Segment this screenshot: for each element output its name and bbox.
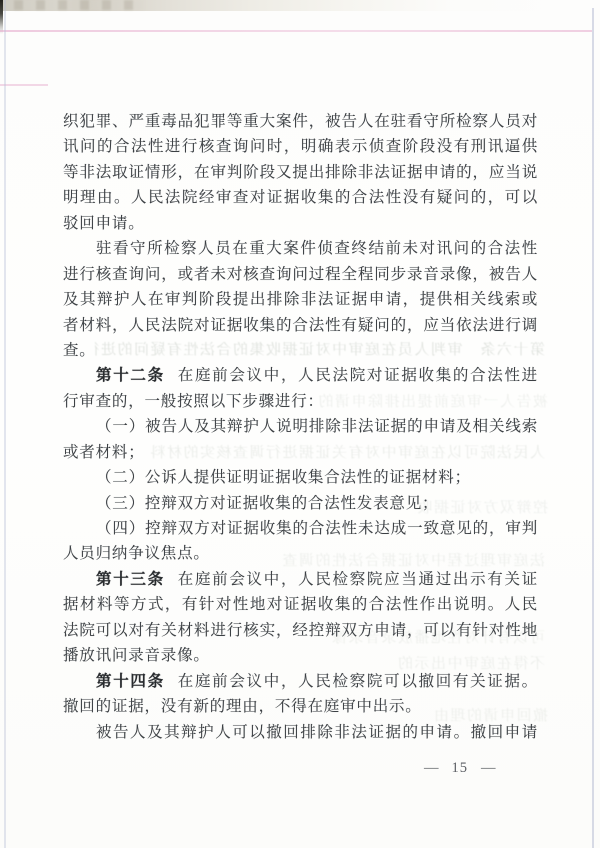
scan-corner-sliver [0, 0, 3, 34]
text-line: 进行核查询问，或者未对核查询问过程全程同步录音录像，被告人 [63, 262, 538, 287]
page-number-dash-left: — [424, 760, 439, 777]
text-line: 据材料等方式，有针对性地对证据收集的合法性作出说明。人民 [63, 592, 538, 617]
scan-right-edge-line [592, 8, 594, 848]
text-line-content: 在庭前会议中，人民检察院可以撤回有关证据。 [178, 673, 538, 690]
text-line: 播放讯问录音录像。 [63, 643, 538, 668]
text-line: 讯问的合法性进行核查询问时，明确表示侦查阶段没有刑讯逼供 [63, 134, 538, 159]
scanned-page: 第十六条 审判人员在庭审中对证据收集的合法性有疑问的进行调查被告人一审庭前提出排… [0, 0, 600, 848]
text-line-article-heading: 第十三条在庭前会议中，人民检察院应当通过出示有关证 [63, 567, 538, 592]
text-line-content: 驻看守所检察人员在重大案件侦查终结前未对讯问的合法性 [96, 240, 538, 257]
text-line-content: 或者材料； [63, 444, 145, 461]
text-line-content: （二）公诉人提供证明证据收集合法性的证据材料； [96, 469, 471, 486]
text-line-content: 播放讯问录音录像。 [63, 647, 210, 664]
text-line-content: 进行核查询问，或者未对核查询问过程全程同步录音录像，被告人 [63, 266, 538, 283]
text-line: 织犯罪、严重毒品犯罪等重大案件，被告人在驻看守所检察人员对 [63, 109, 538, 134]
text-line-content: 据材料等方式，有针对性地对证据收集的合法性作出说明。人民 [63, 596, 538, 613]
text-line: 被告人及其辩护人可以撤回排除非法证据的申请。撤回申请 [63, 720, 538, 745]
scan-left-edge-line [4, 0, 6, 848]
text-line-content: （一）被告人及其辩护人说明排除非法证据的申请及相关线索 [96, 418, 538, 435]
article-heading: 第十四条 [96, 673, 165, 690]
page-number-value: 15 [452, 760, 469, 777]
text-line-content: 查。 [63, 342, 96, 359]
text-line: （四）控辩双方对证据收集的合法性未达成一致意见的，审判 [63, 516, 538, 541]
text-line-content: 织犯罪、严重毒品犯罪等重大案件，被告人在驻看守所检察人员对 [63, 113, 538, 130]
text-line-content: 讯问的合法性进行核查询问时，明确表示侦查阶段没有刑讯逼供 [63, 138, 538, 155]
text-line: 人员归纳争议焦点。 [63, 541, 538, 566]
text-line-content: 撤回的证据，没有新的理由，不得在庭审中出示。 [63, 698, 422, 715]
text-line: 驳回申请。 [63, 211, 538, 236]
text-line-content: 行审查的，一般按照以下步骤进行： [63, 393, 324, 410]
text-line-content: 被告人及其辩护人可以撤回排除非法证据的申请。撤回申请 [96, 724, 538, 741]
scan-pink-line-top [0, 30, 592, 32]
text-line-content: 人员归纳争议焦点。 [63, 545, 210, 562]
page-number: — 15 — [424, 760, 496, 777]
text-line: （一）被告人及其辩护人说明排除非法证据的申请及相关线索 [63, 414, 538, 439]
text-line: （三）控辩双方对证据收集的合法性发表意见； [63, 491, 538, 516]
text-line: 行审查的，一般按照以下步骤进行： [63, 389, 538, 414]
text-line-content: 明理由。人民法院经审查对证据收集的合法性没有疑问的，可以 [63, 189, 538, 206]
text-line: 撤回的证据，没有新的理由，不得在庭审中出示。 [63, 694, 538, 719]
text-line-content: 驳回申请。 [63, 215, 145, 232]
text-line-article-heading: 第十四条在庭前会议中，人民检察院可以撤回有关证据。 [63, 669, 538, 694]
text-line-content: （四）控辩双方对证据收集的合法性未达成一致意见的，审判 [96, 520, 538, 537]
text-line-content: 在庭前会议中，人民法院对证据收集的合法性进 [178, 367, 538, 384]
text-line: 驻看守所检察人员在重大案件侦查终结前未对讯问的合法性 [63, 236, 538, 261]
text-line: 等非法取证情形，在审判阶段又提出排除非法证据申请的，应当说 [63, 160, 538, 185]
text-line-content: 者材料，人民法院对证据收集的合法性有疑问的，应当依法进行调 [63, 317, 538, 334]
text-line: 明理由。人民法院经审查对证据收集的合法性没有疑问的，可以 [63, 185, 538, 210]
text-line: 者材料，人民法院对证据收集的合法性有疑问的，应当依法进行调 [63, 313, 538, 338]
text-line: （二）公诉人提供证明证据收集合法性的证据材料； [63, 465, 538, 490]
text-line-content: 法院可以对有关材料进行核实，经控辩双方申请，可以有针对性地 [63, 622, 538, 639]
page-number-dash-right: — [481, 760, 496, 777]
text-line: 及其辩护人在审判阶段提出排除非法证据申请，提供相关线索或 [63, 287, 538, 312]
scan-pink-line-left [0, 84, 48, 86]
text-line-content: 在庭前会议中，人民检察院应当通过出示有关证 [178, 571, 538, 588]
scan-top-edge-mottle [14, 0, 144, 10]
text-line: 查。 [63, 338, 538, 363]
document-body: 织犯罪、严重毒品犯罪等重大案件，被告人在驻看守所检察人员对讯问的合法性进行核查询… [63, 109, 538, 745]
text-line-article-heading: 第十二条在庭前会议中，人民法院对证据收集的合法性进 [63, 363, 538, 388]
text-line: 法院可以对有关材料进行核实，经控辩双方申请，可以有针对性地 [63, 618, 538, 643]
article-heading: 第十三条 [96, 571, 165, 588]
text-line: 或者材料； [63, 440, 538, 465]
text-line-content: 等非法取证情形，在审判阶段又提出排除非法证据申请的，应当说 [63, 164, 538, 181]
text-line-content: 及其辩护人在审判阶段提出排除非法证据申请，提供相关线索或 [63, 291, 538, 308]
text-line-content: （三）控辩双方对证据收集的合法性发表意见； [96, 495, 438, 512]
article-heading: 第十二条 [96, 367, 165, 384]
